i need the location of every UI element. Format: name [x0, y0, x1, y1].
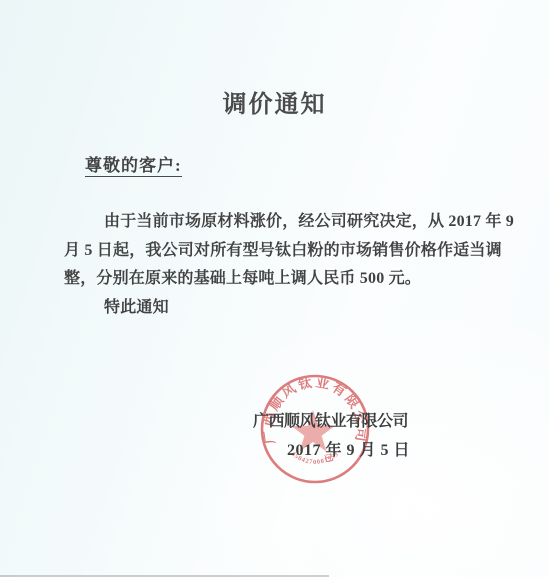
page-title: 调价通知 — [0, 84, 549, 119]
closing-line: 特此通知 — [64, 294, 484, 323]
signature-company: 广西顺风钛业有限公司 — [253, 408, 408, 431]
notice-body: 由于当前市场原材料涨价，经公司研究决定，从 2017 年 9 月 5 日起，我公… — [64, 208, 484, 322]
salutation-text: 尊敬的客户: — [85, 156, 182, 177]
body-line: 整，分别在原来的基础上每吨上调人民币 500 元。 — [64, 265, 484, 294]
body-line: 月 5 日起，我公司对所有型号钛白粉的市场销售价格作适当调 — [64, 237, 484, 266]
body-line: 由于当前市场原材料涨价，经公司研究决定，从 2017 年 9 — [64, 208, 484, 237]
salutation: 尊敬的客户: — [85, 151, 182, 176]
notice-document: 调价通知 尊敬的客户: 由于当前市场原材料涨价，经公司研究决定，从 2017 年… — [0, 0, 549, 577]
signature-date: 2017 年 9 月 5 日 — [287, 437, 410, 460]
